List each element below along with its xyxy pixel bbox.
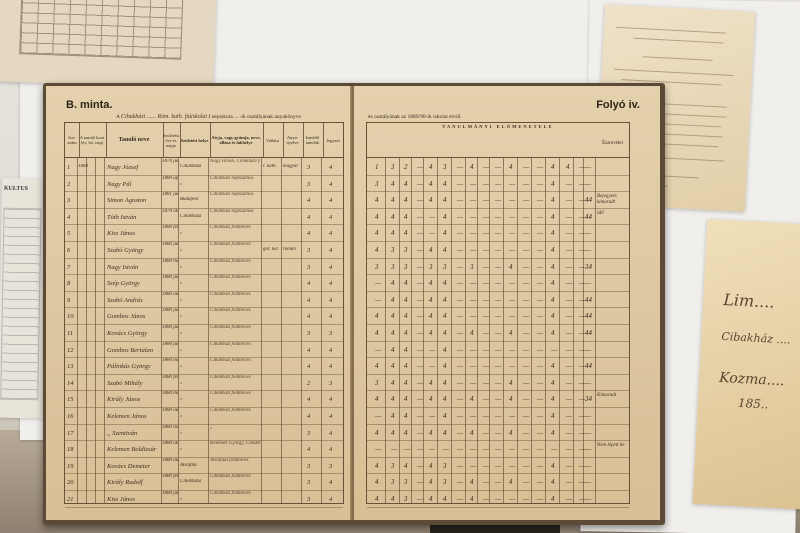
grade-1: 4 xyxy=(307,347,310,354)
student-name: Gombos Bertalan xyxy=(107,347,161,354)
grade-cell: — xyxy=(566,229,572,237)
grade-1: 3 xyxy=(307,479,310,486)
grade-cell: 3 xyxy=(375,180,379,188)
grade-cell: — xyxy=(457,429,463,437)
grade-cell: — xyxy=(483,478,489,486)
grade-row: 434—43———————4——— xyxy=(367,457,629,475)
grade-cell: — xyxy=(537,379,543,387)
grade-cell: — xyxy=(457,180,463,188)
grade-cell: 4 xyxy=(443,312,447,320)
student-row: 11889Nagy József1879 júl. 28CibakházaNag… xyxy=(65,158,343,176)
row-number: 14 xyxy=(67,380,74,387)
grade-cell: — xyxy=(483,312,489,320)
grade-cell: — xyxy=(537,229,543,237)
grade-cell: 4 xyxy=(375,196,379,204)
grade-row: 333—33—3——4——4——34 xyxy=(367,258,629,276)
grade-cell: 4 xyxy=(551,462,555,470)
grade-cell: 44 xyxy=(585,213,592,221)
grade-row: —44——4——————————— xyxy=(367,341,629,359)
birth-place: „ xyxy=(180,181,208,186)
grade-cell: — xyxy=(585,229,591,237)
grade-cell: — xyxy=(566,279,572,287)
grade-cell: — xyxy=(429,445,435,453)
grade-cell: — xyxy=(585,246,591,254)
grade-cell: — xyxy=(585,478,591,486)
grade-cell: 4 xyxy=(404,229,408,237)
row-number: 21 xyxy=(67,496,74,503)
grade-cell: — xyxy=(470,445,476,453)
grade-row: —44—44———————4——44 xyxy=(367,291,629,309)
grade-cell: — xyxy=(523,263,529,271)
grade-cell: — xyxy=(417,445,423,453)
grade-2: 4 xyxy=(329,363,332,370)
student-row: 7Nagy István1880 márc. 10„Cibakházi föld… xyxy=(65,258,343,276)
grade-cell: 3 xyxy=(391,462,395,470)
grade-cell: 4 xyxy=(375,395,379,403)
grade-cell: — xyxy=(523,246,529,254)
grade-cell: — xyxy=(495,229,501,237)
parent-info: Cibakházi földmíves xyxy=(210,358,260,363)
grade-cell: — xyxy=(483,462,489,470)
grade-cell: 4 xyxy=(470,478,474,486)
printed-form-document xyxy=(0,0,217,89)
grade-cell: — xyxy=(483,263,489,271)
grade-cell: — xyxy=(537,312,543,320)
birth-place: „ xyxy=(180,446,208,451)
grade-cell: 4 xyxy=(551,329,555,337)
grade-1: 4 xyxy=(307,363,310,370)
grade-row: —44——4———————4——— xyxy=(367,407,629,425)
grade-cell: — xyxy=(523,395,529,403)
form-grid xyxy=(19,0,183,60)
grade-cell: — xyxy=(483,163,489,171)
grade-cell: — xyxy=(566,379,572,387)
grade-cell: — xyxy=(443,445,449,453)
grade-cell: 4 xyxy=(551,379,555,387)
grade-cell: — xyxy=(470,312,476,320)
birth-date: 1880 jún. 8 xyxy=(162,242,178,247)
grade-2: 4 xyxy=(329,214,332,221)
grade-cell: 4 xyxy=(470,495,474,503)
grade-cell: 4 xyxy=(443,395,447,403)
grade-cell: — xyxy=(523,346,529,354)
grade-cell: — xyxy=(457,412,463,420)
student-row: 18Kelemen Boldizsár1880 okt. 6„Kelemen G… xyxy=(65,440,343,458)
grade-cell: 4 xyxy=(509,263,513,271)
birth-date: 1880 jún. 8 xyxy=(162,275,178,280)
grade-cell: — xyxy=(495,462,501,470)
grade-cell: — xyxy=(566,445,572,453)
cover-line-2: Cibakház .... xyxy=(721,330,791,347)
mother-tongue: magyar xyxy=(283,164,301,169)
grade-cell: — xyxy=(483,429,489,437)
grade-cell: — xyxy=(417,379,423,387)
grade-cell: 4 xyxy=(443,346,447,354)
grade-cell: 4 xyxy=(404,362,408,370)
grade-1: 3 xyxy=(307,496,310,503)
grade-cell: — xyxy=(509,445,515,453)
birth-place: „ xyxy=(180,313,208,318)
grade-cell: — xyxy=(457,263,463,271)
grade-cell: — xyxy=(404,445,410,453)
grade-cell: — xyxy=(495,296,501,304)
grade-cell: — xyxy=(483,213,489,221)
grade-cell: — xyxy=(495,362,501,370)
grade-cell: — xyxy=(417,213,423,221)
grade-cell: — xyxy=(537,395,543,403)
grade-cell: — xyxy=(566,412,572,420)
grade-1: 4 xyxy=(307,413,310,420)
grade-cell: — xyxy=(495,412,501,420)
remark-note: Nem lépett be xyxy=(597,443,627,449)
grade-cell: — xyxy=(585,445,591,453)
grade-cell: 4 xyxy=(551,180,555,188)
birth-date: 1880 febr. 17 xyxy=(162,375,178,380)
grade-cell: — xyxy=(417,246,423,254)
grade-cell: 4 xyxy=(551,196,555,204)
grade-cell: — xyxy=(417,395,423,403)
birth-place: „ xyxy=(180,330,208,335)
grade-cell: — xyxy=(523,412,529,420)
grade-cell: 4 xyxy=(551,312,555,320)
row-number: 19 xyxy=(67,463,74,470)
grade-cell: — xyxy=(537,263,543,271)
grade-cell: — xyxy=(551,346,557,354)
grade-cell: — xyxy=(495,213,501,221)
birth-place: Cibakháza xyxy=(180,479,208,484)
grade-cell: — xyxy=(417,329,423,337)
grade-cell: — xyxy=(417,163,423,171)
birth-place: „ xyxy=(180,363,208,368)
grade-cell: — xyxy=(509,346,515,354)
grade-cell: — xyxy=(495,379,501,387)
grade-cell: — xyxy=(417,263,423,271)
grade-cell: — xyxy=(457,329,463,337)
register-heading: A Cibakházi ...... Róm. kath. fiúiskolai… xyxy=(116,114,301,120)
grade-cell: — xyxy=(537,346,543,354)
grade-cell: — xyxy=(566,180,572,188)
grade-cell: 4 xyxy=(443,196,447,204)
grade-2: 4 xyxy=(329,347,332,354)
grade-cell: — xyxy=(585,163,591,171)
grade-row: 444——4———————4——— xyxy=(367,224,629,242)
heading-handwritten: Cibakházi ...... Róm. kath. fiúiskolai xyxy=(121,114,207,120)
grade-cell: 4 xyxy=(375,495,379,503)
grade-cell: 4 xyxy=(429,478,433,486)
grade-cell: 4 xyxy=(391,395,395,403)
grade-cell: — xyxy=(523,213,529,221)
student-name: Pálinkás György xyxy=(107,363,161,370)
grade-cell: 44 xyxy=(585,362,592,370)
grade-cell: — xyxy=(566,196,572,204)
grade-cell: 4 xyxy=(391,329,395,337)
grade-cell: — xyxy=(470,246,476,254)
student-name: Kelemen Boldizsár xyxy=(107,446,161,453)
row-number: 13 xyxy=(67,363,74,370)
birth-place: „ xyxy=(180,247,208,252)
grade-cell: — xyxy=(523,429,529,437)
grade-cell: — xyxy=(495,395,501,403)
grade-cell: — xyxy=(483,279,489,287)
cover-line-1: Lim.... xyxy=(723,290,775,312)
grade-cell: — xyxy=(470,196,476,204)
grade-cell: — xyxy=(537,329,543,337)
grade-cell: — xyxy=(585,346,591,354)
grade-cell: — xyxy=(566,395,572,403)
grade-cell: — xyxy=(417,429,423,437)
grade-cell: 4 xyxy=(375,312,379,320)
grade-cell: — xyxy=(509,462,515,470)
grade-cell: — xyxy=(470,362,476,370)
grade-cell: — xyxy=(566,478,572,486)
birth-place: „ xyxy=(180,264,208,269)
row-number: 16 xyxy=(67,413,74,420)
birth-place: Alsófalu xyxy=(180,463,208,468)
col-header-language: Anya-nyelve xyxy=(282,123,304,157)
grade-cell: 4 xyxy=(429,279,433,287)
grade-1: 2 xyxy=(307,380,310,387)
grade-cell: — xyxy=(391,445,397,453)
grade-cell: 3 xyxy=(391,246,395,254)
birth-date: 1880 márc. 10 xyxy=(162,358,178,363)
grade-1: 4 xyxy=(307,313,310,320)
grade-1: 3 xyxy=(307,463,310,470)
grade-cell: — xyxy=(417,296,423,304)
grade-cell: — xyxy=(457,445,463,453)
grade-cell: — xyxy=(417,462,423,470)
grade-2: 4 xyxy=(329,264,332,271)
parent-info: Alsófalui földmíves xyxy=(210,458,260,463)
grade-1: 4 xyxy=(307,396,310,403)
student-table: Sor-szám A tanuló kora (év, hó, nap) Tan… xyxy=(64,122,344,504)
grade-cell: 4 xyxy=(470,163,474,171)
grade-cell: — xyxy=(429,229,435,237)
grade-cell: — xyxy=(375,296,381,304)
grade-cell: — xyxy=(585,412,591,420)
grade-cell: — xyxy=(523,180,529,188)
grade-cell: 4 xyxy=(470,429,474,437)
student-name: Király János xyxy=(107,396,161,403)
grade-cell: — xyxy=(537,495,543,503)
left-booklet: KULTUS xyxy=(0,178,47,419)
grade-cell: 4 xyxy=(404,312,408,320)
grade-cell: 4 xyxy=(391,362,395,370)
grade-cell: 4 xyxy=(391,213,395,221)
grade-cell: — xyxy=(537,196,543,204)
grade-cell: — xyxy=(457,229,463,237)
grade-cell: — xyxy=(429,362,435,370)
row-number: 6 xyxy=(67,247,70,254)
grade-cell: — xyxy=(509,312,515,320)
grade-cell: — xyxy=(470,296,476,304)
birth-date: 1880 okt. 6 xyxy=(162,441,178,446)
grade-cell: 4 xyxy=(443,246,447,254)
grade-cell: 4 xyxy=(429,379,433,387)
student-row: 6Szabó György1880 jún. 8„Cibakházi földm… xyxy=(65,241,343,259)
grade-cell: — xyxy=(566,296,572,304)
student-row: 11Kovács György1880 jún. 18„Cibakházi fö… xyxy=(65,324,343,342)
grade-cell: 4 xyxy=(509,478,513,486)
grades-heading: és osztályának az 1889/90-ik iskolai évr… xyxy=(368,114,462,120)
grade-cell: 4 xyxy=(404,296,408,304)
birth-date: 1880 jún. 8 xyxy=(162,342,178,347)
birth-place: „ xyxy=(180,413,208,418)
birth-place: „ xyxy=(180,230,208,235)
grade-cell: 4 xyxy=(429,196,433,204)
student-name: Simon Ágoston xyxy=(107,197,161,204)
grade-cell: — xyxy=(495,478,501,486)
grade-cell: — xyxy=(523,296,529,304)
grade-cell: — xyxy=(375,412,381,420)
grade-row: 444—44—4——4——4——44 xyxy=(367,324,629,342)
birth-date: 1881 júl. 28 xyxy=(162,192,178,197)
grade-cell: 4 xyxy=(551,495,555,503)
grade-row: 444——4———————4——44 xyxy=(367,357,629,375)
grade-cell: — xyxy=(470,462,476,470)
grade-cell: — xyxy=(495,246,501,254)
grade-cell: 4 xyxy=(429,163,433,171)
student-name: Kovács György xyxy=(107,330,161,337)
col-header-religion: Vallása xyxy=(262,123,284,157)
grade-cell: 3 xyxy=(443,263,447,271)
grade-cell: 3 xyxy=(404,495,408,503)
student-row: 21Kiss János1880 jan. 12„Cibakházi földm… xyxy=(65,490,343,508)
grade-cell: — xyxy=(483,229,489,237)
grade-cell: — xyxy=(509,229,515,237)
grade-row: 444——4———————4——44 xyxy=(367,208,629,226)
parent-info: Cibakházi földmíves xyxy=(210,491,260,496)
grade-cell: 4 xyxy=(375,246,379,254)
birth-date: 1880 febr. 13 xyxy=(162,474,178,479)
grade-cell: — xyxy=(417,478,423,486)
grade-cell: — xyxy=(537,429,543,437)
grade-cell: — xyxy=(495,163,501,171)
birth-place: Budapest xyxy=(180,197,208,202)
enroll-year: 1889 xyxy=(78,164,88,169)
section-title: TANULMÁNYI ELŐMENETELE xyxy=(367,124,629,129)
grade-cell: — xyxy=(585,279,591,287)
grade-cell: — xyxy=(585,180,591,188)
grade-cell: 4 xyxy=(509,395,513,403)
grade-cell: 44 xyxy=(585,296,592,304)
grade-cell: — xyxy=(417,412,423,420)
student-row: 4Tóth István1879 okt. 2CibakházaCibakház… xyxy=(65,208,343,226)
grade-cell: 4 xyxy=(404,395,408,403)
right-page: Folyó iv. és osztályának az 1889/90-ik i… xyxy=(354,86,660,520)
remark-note: Kimaradt xyxy=(597,393,627,399)
student-name: Kovács Demeter xyxy=(107,463,161,470)
grade-cell: 4 xyxy=(443,379,447,387)
grade-row: 344—44———————4——— xyxy=(367,175,629,193)
grade-cell: 4 xyxy=(443,296,447,304)
grade-cell: 4 xyxy=(551,362,555,370)
student-row: 10Gombos János1880 júl. 8„Cibakházi föld… xyxy=(65,307,343,325)
remark-note: Idő xyxy=(597,211,627,217)
grade-cell: — xyxy=(375,279,381,287)
grade-cell: — xyxy=(483,362,489,370)
grade-cell: — xyxy=(457,462,463,470)
grade-cell: — xyxy=(509,196,515,204)
grade-cell: — xyxy=(457,246,463,254)
grade-cell: — xyxy=(537,279,543,287)
grade-cell: 3 xyxy=(375,263,379,271)
grade-cell: 3 xyxy=(443,478,447,486)
col-header-remarks: Észrevétel xyxy=(595,129,630,157)
parent-info: Kelemen György, Cibakházi földmíves xyxy=(210,441,260,446)
grade-cell: 4 xyxy=(551,213,555,221)
student-name: Szabó Mihály xyxy=(107,380,161,387)
student-name: Nagy József xyxy=(107,164,161,171)
grade-1: 4 xyxy=(307,446,310,453)
grade-row: 444—44———————4——44 xyxy=(367,191,629,209)
col-header-note: Jegyzet xyxy=(322,123,344,157)
grade-cell: — xyxy=(509,246,515,254)
grade-cell: 4 xyxy=(509,429,513,437)
grade-cell: — xyxy=(537,180,543,188)
student-name: Nagy Pál xyxy=(107,181,161,188)
grade-cell: — xyxy=(417,362,423,370)
grade-cell: — xyxy=(523,495,529,503)
row-number: 5 xyxy=(67,230,70,237)
grade-cell: 4 xyxy=(443,329,447,337)
grade-cell: — xyxy=(495,329,501,337)
grade-cell: — xyxy=(537,462,543,470)
grade-cell: 4 xyxy=(375,362,379,370)
grade-cell: 4 xyxy=(404,412,408,420)
grade-2: 4 xyxy=(329,297,332,304)
grade-cell: — xyxy=(566,263,572,271)
student-name: Tóth István xyxy=(107,214,161,221)
grade-cell: 4 xyxy=(443,279,447,287)
student-row: 15Király János1880 márc. 16„Cibakházi fö… xyxy=(65,390,343,408)
student-name: Nagy István xyxy=(107,264,161,271)
grade-cell: — xyxy=(457,163,463,171)
grade-cell: 4 xyxy=(429,180,433,188)
grade-1: 4 xyxy=(307,280,310,287)
grade-cell: — xyxy=(523,196,529,204)
grade-1: 3 xyxy=(307,164,310,171)
grade-row: 444—44———————4——44 xyxy=(367,307,629,325)
grade-cell: 44 xyxy=(585,329,592,337)
birth-date: 1880 márc. 10 xyxy=(162,259,178,264)
grade-row: 444—44—4——4——4——34 xyxy=(367,390,629,408)
grade-2: 4 xyxy=(329,413,332,420)
student-name: Kelemen János xyxy=(107,413,161,420)
grade-cell: 34 xyxy=(585,263,592,271)
grade-cell: — xyxy=(509,362,515,370)
grade-cell: — xyxy=(566,495,572,503)
parent-info: Cibakházi földmíves xyxy=(210,391,260,396)
grade-cell: 4 xyxy=(404,329,408,337)
grade-cell: 4 xyxy=(443,229,447,237)
grade-cell: — xyxy=(566,329,572,337)
grade-cell: 4 xyxy=(391,346,395,354)
grade-cell: 4 xyxy=(404,196,408,204)
grade-cell: — xyxy=(537,163,543,171)
grade-cell: 4 xyxy=(429,246,433,254)
row-number: 2 xyxy=(67,181,70,188)
grade-cell: — xyxy=(483,196,489,204)
birth-date: 1880 febr. 19 xyxy=(162,225,178,230)
parent-info: Cibakházi földmíves xyxy=(210,342,260,347)
grade-cell: 4 xyxy=(391,429,395,437)
student-name: Kiss János xyxy=(107,230,161,237)
grade-cell: 4 xyxy=(391,312,395,320)
row-number: 7 xyxy=(67,264,70,271)
booklet-title: KULTUS xyxy=(4,186,28,192)
grade-cell: 4 xyxy=(429,462,433,470)
grade-cell: — xyxy=(523,362,529,370)
